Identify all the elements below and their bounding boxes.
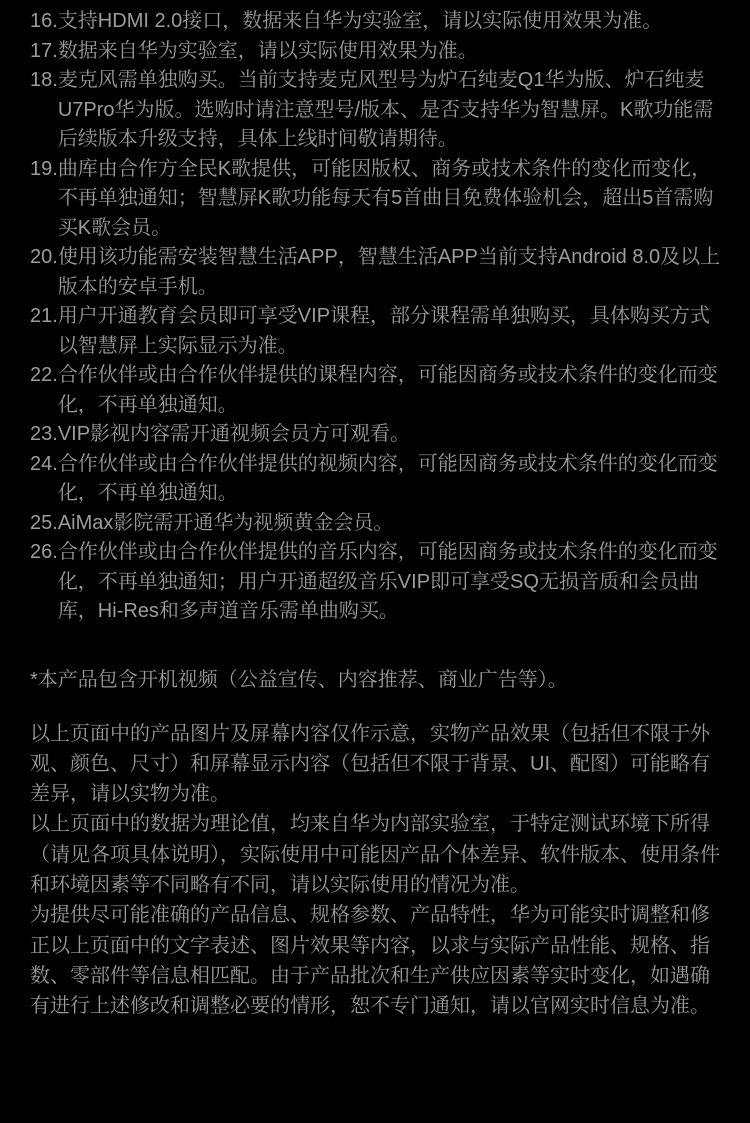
note-item: 25. AiMax影院需开通华为视频黄金会员。 (30, 509, 722, 539)
note-text: 支持HDMI 2.0接口，数据来自华为实验室，请以实际使用效果为准。 (58, 7, 722, 37)
note-item: 20. 使用该功能需安装智慧生活APP，智慧生活APP当前支持Android 8… (30, 243, 722, 302)
note-item: 16. 支持HDMI 2.0接口，数据来自华为实验室，请以实际使用效果为准。 (30, 7, 722, 37)
note-text: 合作伙伴或由合作伙伴提供的视频内容，可能因商务或技术条件的变化而变化，不再单独通… (58, 450, 722, 509)
boot-video-footnote: *本产品包含开机视频（公益宣传、内容推荐、商业广告等）。 (30, 665, 722, 695)
note-text: VIP影视内容需开通视频会员方可观看。 (58, 420, 722, 450)
note-text: 使用该功能需安装智慧生活APP，智慧生活APP当前支持Android 8.0及以… (58, 243, 722, 302)
note-number: 20. (30, 243, 58, 273)
note-text: 合作伙伴或由合作伙伴提供的课程内容，可能因商务或技术条件的变化而变化，不再单独通… (58, 361, 722, 420)
note-item: 19. 曲库由合作方全民K歌提供，可能因版权、商务或技术条件的变化而变化，不再单… (30, 155, 722, 244)
note-item: 21. 用户开通教育会员即可享受VIP课程，部分课程需单独购买，具体购买方式以智… (30, 302, 722, 361)
disclaimer-paragraph-spec-changes: 为提供尽可能准确的产品信息、规格参数、产品特性，华为可能实时调整和修正以上页面中… (30, 900, 722, 1021)
note-text: 合作伙伴或由合作伙伴提供的音乐内容，可能因商务或技术条件的变化而变化，不再单独通… (58, 538, 722, 627)
note-number: 19. (30, 155, 58, 185)
note-item: 17. 数据来自华为实验室，请以实际使用效果为准。 (30, 37, 722, 67)
page-background: { "page": { "background_color": "#000000… (0, 0, 750, 1123)
note-text: 曲库由合作方全民K歌提供，可能因版权、商务或技术条件的变化而变化，不再单独通知；… (58, 155, 722, 244)
note-text: 麦克风需单独购买。当前支持麦克风型号为炉石纯麦Q1华为版、炉石纯麦U7Pro华为… (58, 66, 722, 155)
note-text: AiMax影院需开通华为视频黄金会员。 (58, 509, 722, 539)
note-number: 16. (30, 7, 58, 37)
note-text: 数据来自华为实验室，请以实际使用效果为准。 (58, 37, 722, 67)
note-number: 22. (30, 361, 58, 391)
note-number: 21. (30, 302, 58, 332)
disclaimer-paragraph-visual: 以上页面中的产品图片及屏幕内容仅作示意，实物产品效果（包括但不限于外观、颜色、尺… (30, 719, 722, 810)
note-number: 25. (30, 509, 58, 539)
legal-disclaimer-paragraphs: 以上页面中的产品图片及屏幕内容仅作示意，实物产品效果（包括但不限于外观、颜色、尺… (30, 719, 722, 1022)
note-number: 24. (30, 450, 58, 480)
note-number: 26. (30, 538, 58, 568)
note-item: 24. 合作伙伴或由合作伙伴提供的视频内容，可能因商务或技术条件的变化而变化，不… (30, 450, 722, 509)
note-item: 26. 合作伙伴或由合作伙伴提供的音乐内容，可能因商务或技术条件的变化而变化，不… (30, 538, 722, 627)
note-number: 17. (30, 37, 58, 67)
disclaimer-paragraph-lab-data: 以上页面中的数据为理论值，均来自华为内部实验室，于特定测试环境下所得（请见各项具… (30, 809, 722, 900)
disclaimer-section: 16. 支持HDMI 2.0接口，数据来自华为实验室，请以实际使用效果为准。 1… (0, 0, 750, 1021)
note-item: 22. 合作伙伴或由合作伙伴提供的课程内容，可能因商务或技术条件的变化而变化，不… (30, 361, 722, 420)
note-number: 18. (30, 66, 58, 96)
note-text: 用户开通教育会员即可享受VIP课程，部分课程需单独购买，具体购买方式以智慧屏上实… (58, 302, 722, 361)
note-item: 23. VIP影视内容需开通视频会员方可观看。 (30, 420, 722, 450)
note-item: 18. 麦克风需单独购买。当前支持麦克风型号为炉石纯麦Q1华为版、炉石纯麦U7P… (30, 66, 722, 155)
note-number: 23. (30, 420, 58, 450)
notes-list: 16. 支持HDMI 2.0接口，数据来自华为实验室，请以实际使用效果为准。 1… (30, 7, 722, 627)
